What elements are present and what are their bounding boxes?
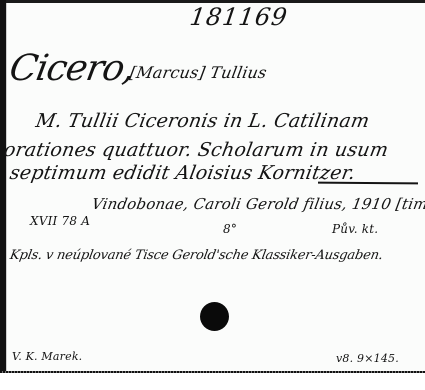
punch-hole <box>200 302 229 331</box>
author-surname: Cicero, <box>6 48 137 89</box>
format-note: 8° <box>223 222 237 236</box>
inventory-number: v8. 9×145. <box>336 352 399 365</box>
shelf-mark: XVII 78 A <box>30 214 90 228</box>
series-note: Kpls. v neúplované Tisce Gerold'sche Kla… <box>9 248 384 263</box>
title-line-3: septimum edidit Aloisius Kornitzer. <box>8 162 357 184</box>
cataloger-signature: V. K. Marek. <box>12 350 82 363</box>
call-number: 181169 <box>188 3 290 31</box>
binding-condition: Pův. kt. <box>332 222 378 236</box>
author-given-names: [Marcus] Tullius <box>128 63 268 82</box>
title-line-2: orationes quattuor. Scholarum in usum <box>2 139 390 161</box>
title-line-1: M. Tullii Ciceronis in L. Catilinam <box>34 110 371 132</box>
imprint: Vindobonae, Caroli Gerold filius, 1910 [… <box>90 195 425 213</box>
card-bottom-edge <box>0 371 425 373</box>
